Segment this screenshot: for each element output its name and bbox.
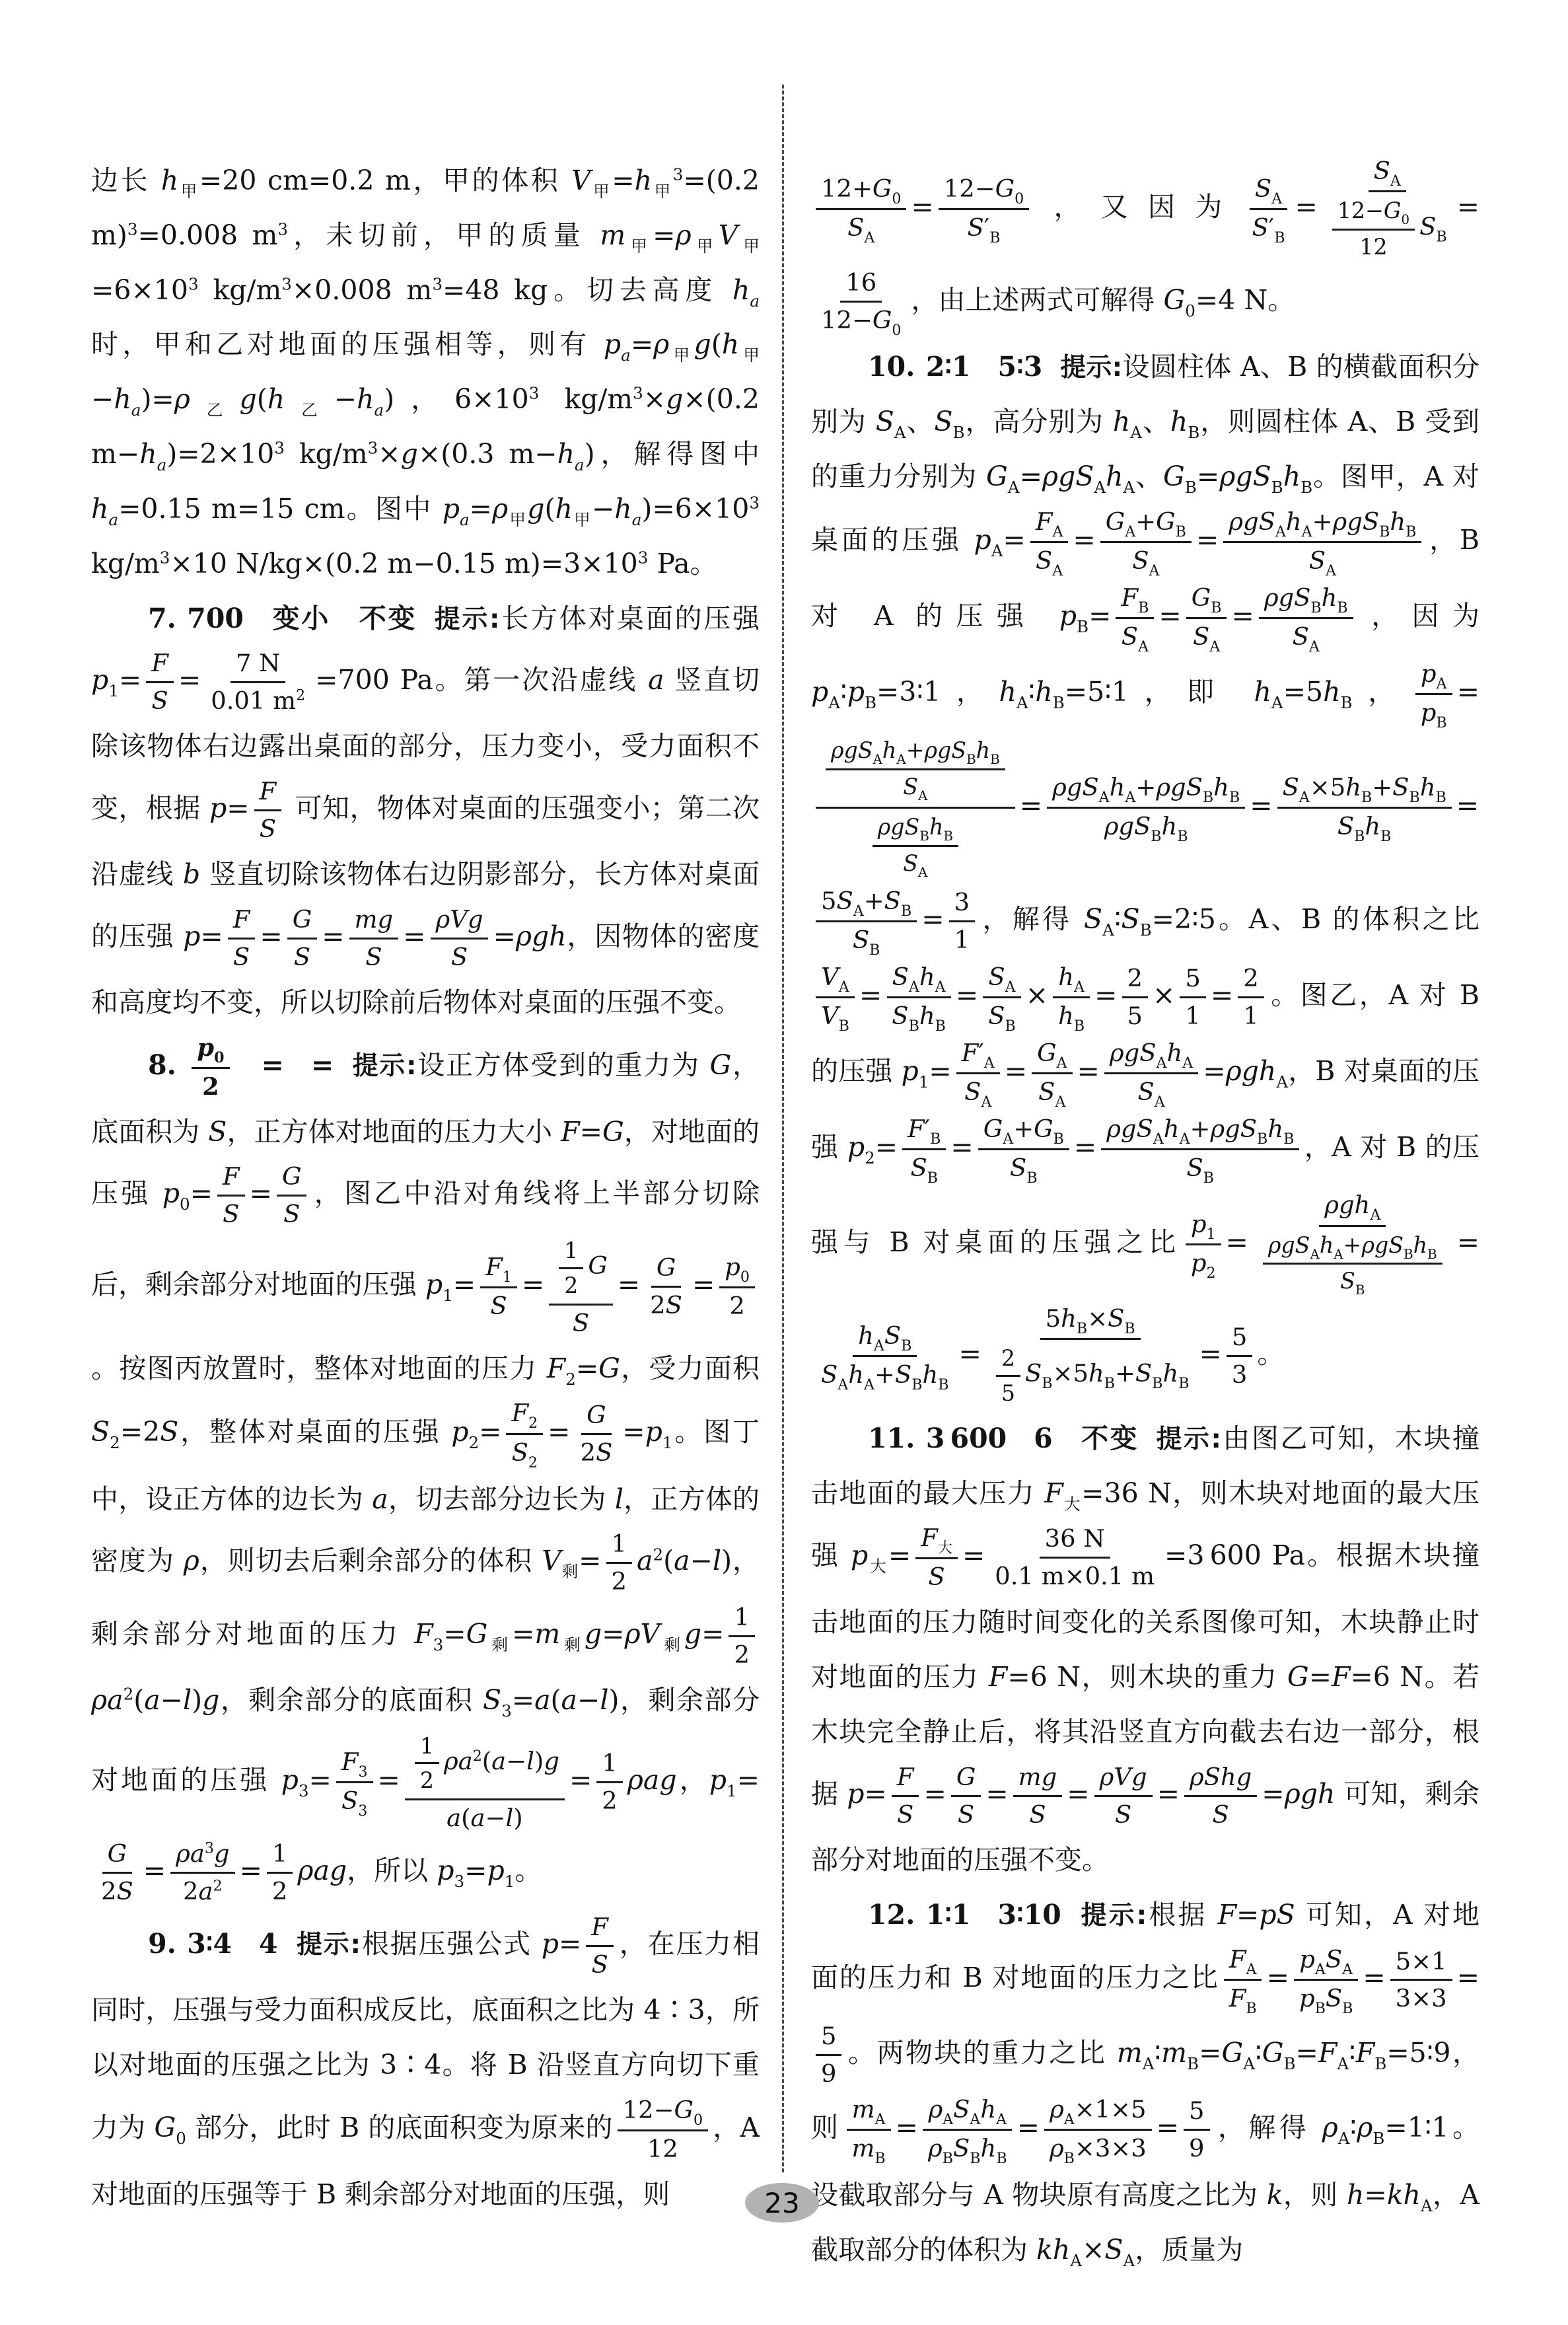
fraction: FS (217, 1161, 245, 1230)
fraction: p02 (719, 1251, 755, 1322)
fraction: 12 (606, 1528, 632, 1598)
fraction: GBSA (1186, 582, 1227, 654)
solution-block: 12+G0SA=12−G0S′B，又因为SAS′B=SA12−G012SB=16… (811, 153, 1479, 340)
column-divider (782, 85, 784, 2172)
page-number: 23 (764, 2187, 799, 2219)
solution-block: 8.p02 = =提示:设正方体受到的重力为 G，底面积为 S，正方体对地面的压… (91, 1030, 760, 1910)
fraction: 53 (1227, 1321, 1252, 1391)
fraction: F′BSB (902, 1113, 946, 1185)
left-column: 边长 h甲=20 cm=0.2 m，甲的体积 V甲=h甲3=(0.2 m)3=0… (91, 153, 760, 2222)
fraction: ρgSAhA+ρgSBhBSA (1223, 506, 1421, 578)
fraction: SA12−G012SB (1322, 155, 1452, 263)
fraction: ρASAhAρBSBhB (923, 2094, 1013, 2166)
fraction: 12−G0S′B (939, 173, 1029, 245)
fraction: FAFB (1224, 1944, 1262, 2016)
fraction: ρgSAhA+ρgSBhBρgSBhB (1047, 772, 1245, 844)
fraction: FS (586, 1911, 614, 1981)
fraction: SA×5hB+SBhBSBhB (1277, 772, 1452, 844)
fraction: ρgSAhA+ρgSBhBSB (1263, 1231, 1443, 1298)
fraction: FS (146, 647, 174, 717)
fraction: 1612−G0 (816, 267, 906, 338)
fraction: 21 (1238, 963, 1264, 1032)
fraction: 36 N0.1 m×0.1 m (989, 1523, 1160, 1592)
fraction: G2S (96, 1838, 139, 1907)
fraction: ρVgS (431, 904, 489, 973)
workbook-answer-page: 边长 h甲=20 cm=0.2 m，甲的体积 V甲=h甲3=(0.2 m)3=0… (0, 0, 1568, 2325)
fraction: F1S (480, 1251, 517, 1322)
hint-label: 提示: (351, 1051, 417, 1081)
fraction: mgS (1013, 1761, 1063, 1831)
fraction: GA+GBSB (978, 1113, 1069, 1185)
fraction: FASA (1030, 506, 1069, 578)
answer-number: 12. (868, 1899, 915, 1931)
solution-body: 边长 h甲=20 cm=0.2 m，甲的体积 V甲=h甲3=(0.2 m)3=0… (91, 165, 760, 579)
answer-values: 2∶1 5∶3 (926, 351, 1042, 383)
fraction: ρa3g2a2 (170, 1838, 234, 1907)
fraction: 12−G012 (618, 2094, 708, 2165)
solution-body: 根据 F=pS 可知，A 对地面的压力和 B 对地面的压力之比FAFB=pASA… (811, 1899, 1479, 2266)
fraction: 25 (996, 1344, 1020, 1407)
fraction: ρA×1×5ρB×3×3 (1044, 2094, 1152, 2166)
solution-block: 12.1∶1 3∶10提示:根据 F=pS 可知，A 对地面的压力和 B 对地面… (811, 1888, 1479, 2277)
solution-block: 边长 h甲=20 cm=0.2 m，甲的体积 V甲=h甲3=(0.2 m)3=0… (91, 153, 760, 591)
fraction: 12 (729, 1602, 754, 1671)
fraction: 59 (816, 2020, 841, 2090)
fraction: SAS′B (1247, 173, 1291, 245)
fraction: 5SA+SBSB (816, 885, 917, 957)
fraction: F大S (915, 1522, 958, 1593)
fraction: mgS (349, 904, 399, 973)
fraction: GS (287, 904, 317, 973)
fraction: GS (951, 1761, 981, 1831)
answer-values: p02 = = (187, 1049, 334, 1081)
fraction: F′ASA (956, 1037, 1000, 1109)
fraction: FBSA (1116, 582, 1154, 654)
fraction: ρVgS (1094, 1761, 1153, 1831)
fraction: mAmB (846, 2094, 890, 2166)
fraction: VAVB (816, 961, 855, 1033)
right-column: 12+G0SA=12−G0S′B，又因为SAS′B=SA12−G012SB=16… (811, 153, 1479, 2277)
fraction: ρgSAhA+ρgSBhBSB (1101, 1113, 1299, 1185)
solution-block: 9.3∶4 4提示:根据压强公式 p=FS，在压力相同时，压强与受力面积成反比，… (91, 1909, 760, 2221)
fraction: 12ρa2(a−l)ga(a−l) (405, 1730, 565, 1834)
fraction: GS (277, 1161, 306, 1230)
fraction: ρgSAhA+ρgSBhBSAρgSBhBSA (816, 734, 1015, 881)
solution-body: 设圆柱体 A、B 的横截面积分别为 SA、SB，高分别为 hA、hB，则圆柱体 … (811, 351, 1479, 1370)
fraction: 12+G0SA (816, 173, 906, 245)
fraction: SASB (983, 961, 1021, 1033)
solution-body: 12+G0SA=12−G0S′B，又因为SAS′B=SA12−G012SB=16… (811, 191, 1479, 316)
fraction: GASA (1032, 1037, 1072, 1109)
answer-values: 1∶1 3∶10 (926, 1899, 1061, 1931)
fraction: 12−G012 (1332, 196, 1415, 261)
hint-label: 提示: (1157, 1424, 1221, 1454)
fraction: F3S3 (336, 1746, 373, 1818)
solution-block: 10.2∶1 5∶3提示:设圆柱体 A、B 的横截面积分别为 SA、SB，高分别… (811, 340, 1479, 1411)
fraction: FS (892, 1761, 919, 1831)
fraction: ρgSAhASA (1104, 1037, 1198, 1109)
fraction: 12GS (549, 1234, 613, 1339)
answer-values: 700 变小 不变 (187, 603, 417, 634)
fraction: G2S (645, 1252, 688, 1321)
answer-number: 11. (868, 1422, 915, 1454)
page-number-badge: 23 (745, 2183, 819, 2223)
fraction: ρgSBhBSA (873, 813, 958, 879)
fraction: pASApBSB (1294, 1944, 1358, 2016)
answer-values: 3 600 6 不变 (926, 1422, 1139, 1454)
solution-body: 根据压强公式 p=FS，在压力相同时，压强与受力面积成反比，底面积之比为 4∶3… (91, 1928, 760, 2210)
fraction: ρgSAhA+ρgSBhBSA (826, 736, 1005, 803)
fraction: 5hB×SB25SB×5hB+SBhB (986, 1303, 1195, 1409)
fraction: pApB (1415, 658, 1452, 730)
fraction: 51 (1180, 963, 1205, 1032)
answer-number: 7. (148, 603, 176, 634)
fraction: 5×13×3 (1390, 1946, 1452, 2015)
fraction: FS (228, 904, 256, 973)
fraction: p1p2 (1186, 1208, 1221, 1280)
hint-label: 提示: (1060, 353, 1122, 383)
solution-block: 7.700 变小 不变提示:长方体对桌面的压强 p1=FS=7 N0.01 m2… (91, 591, 760, 1030)
fraction: ρghAρgSAhA+ρgSBhBSB (1253, 1189, 1452, 1299)
answer-number: 8. (148, 1049, 176, 1081)
fraction: 12 (596, 1748, 622, 1817)
hint-label: 提示: (435, 605, 500, 634)
fraction: ρgSBhBSA (1259, 582, 1353, 654)
fraction: 12 (559, 1236, 583, 1299)
answer-number: 10. (868, 351, 915, 383)
fraction: p02 (192, 1032, 229, 1103)
answer-values: 3∶4 4 (187, 1928, 277, 1960)
fraction: 59 (1184, 2095, 1209, 2164)
fraction: SAhASBhB (886, 961, 951, 1033)
fraction: 7 N0.01 m2 (205, 647, 310, 717)
solution-block: 11.3 600 6 不变提示:由图乙可知，木块撞击地面的最大压力 F大=36 … (811, 1411, 1479, 1888)
solution-body: 设正方体受到的重力为 G，底面积为 S，正方体对地面的压力大小 F=G，对地面的… (91, 1049, 760, 1887)
fraction: ρShgS (1184, 1761, 1257, 1831)
fraction: 25 (1122, 963, 1148, 1032)
fraction: 12 (267, 1838, 293, 1907)
fraction: 31 (949, 887, 975, 956)
hint-label: 提示: (1079, 1901, 1147, 1931)
fraction: FS (254, 776, 282, 845)
fraction: 12 (415, 1732, 439, 1794)
fraction: GA+GBSA (1100, 506, 1192, 578)
answer-number: 9. (148, 1928, 176, 1960)
fraction: hAhB (1053, 961, 1090, 1033)
fraction: F2S2 (506, 1397, 543, 1469)
solution-body: 长方体对桌面的压强 p1=FS=7 N0.01 m2=700 Pa。第一次沿虚线… (91, 603, 760, 1018)
fraction: hASBSAhA+SBhB (816, 1320, 954, 1392)
fraction: G2S (575, 1399, 618, 1469)
hint-label: 提示: (295, 1930, 361, 1960)
solution-body: 由图乙可知，木块撞击地面的最大压力 F大=36 N，则木块对地面的最大压强 p大… (811, 1422, 1479, 1876)
